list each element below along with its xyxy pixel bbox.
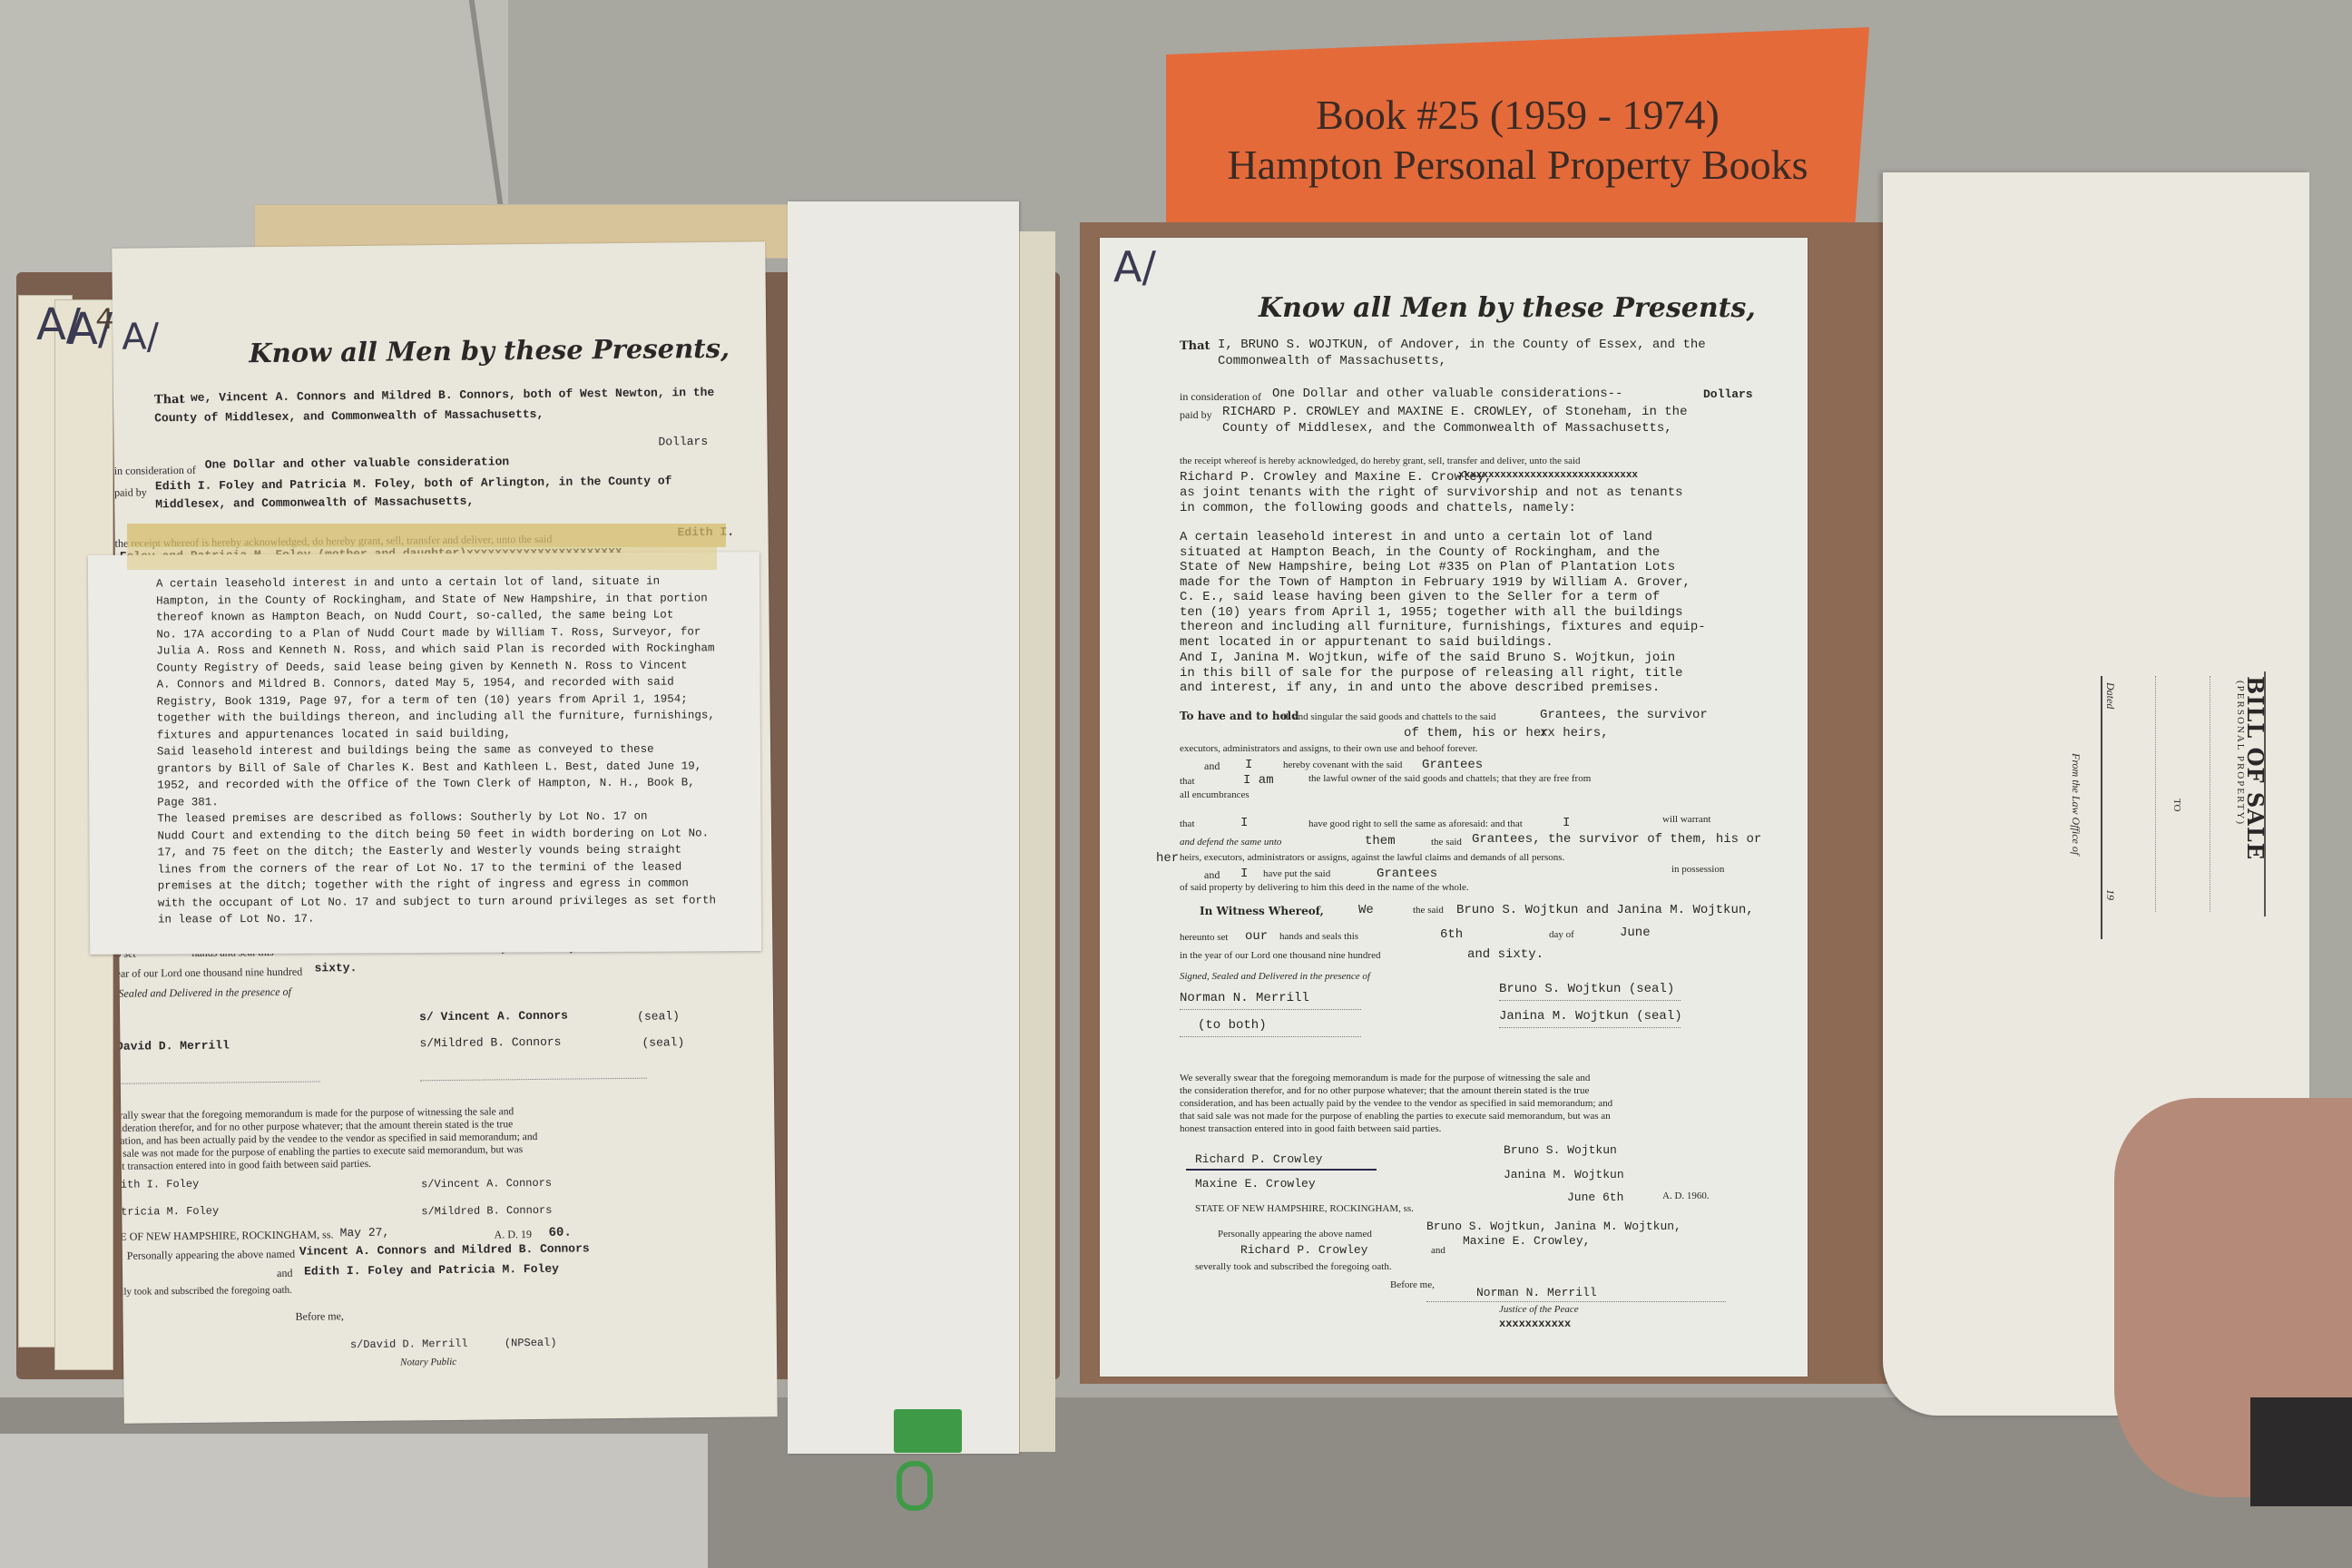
receipt-clause: the receipt whereof is hereby acknowledg…	[1180, 456, 1581, 466]
defend-clause: and defend the same unto	[1180, 837, 1281, 848]
document-title: Know all Men by these Presents,	[249, 333, 730, 369]
grantees-word-2: Grantees	[1377, 867, 1437, 881]
month: June	[1620, 926, 1651, 940]
that-label-3: that	[1180, 818, 1195, 829]
and-label: and	[1204, 759, 1220, 773]
habendum-value: Grantees, the survivor	[1540, 708, 1708, 722]
state-date: June 6th	[1567, 1191, 1623, 1204]
grantors: we, Vincent A. Connors and Mildred B. Co…	[191, 386, 714, 405]
i-label: I	[1245, 758, 1252, 772]
in-possession: in possession	[1671, 864, 1724, 875]
underline	[1186, 1169, 1377, 1171]
state-line: STATE OF NEW HAMPSHIRE, ROCKINGHAM, ss.	[112, 1228, 333, 1244]
oath-signature-right-1: s/Vincent A. Connors	[421, 1177, 552, 1191]
right-document: A/ Know all Men by these Presents, That …	[1100, 238, 1808, 1377]
witness-names: Bruno S. Wojtkun and Janina M. Wojtkun,	[1456, 903, 1754, 917]
took-oath: severally took and subscribed the forego…	[1195, 1261, 1392, 1272]
signature-line	[112, 1081, 320, 1084]
text-line: A certain leasehold interest in and unto…	[156, 575, 660, 591]
year-label: in the year of our Lord one thousand nin…	[1180, 950, 1380, 961]
cover-rule	[2264, 671, 2266, 916]
grantees: Richard P. Crowley and Maxine E. Crowley…	[1180, 470, 1492, 485]
tape-strip	[127, 546, 717, 570]
text-line: ment located in or appurtenant to said b…	[1180, 635, 1553, 650]
text-line: Registry, Book 1319, Page 97, for a term…	[157, 692, 688, 708]
check-mark-icon: A/	[122, 316, 159, 358]
oath-signature-right-2: Janina M. Wojtkun	[1504, 1168, 1624, 1181]
to-both: (to both)	[1198, 1018, 1267, 1033]
oath-signature-right-2: s/Mildred B. Connors	[421, 1204, 552, 1219]
consideration-label: in consideration of	[1180, 390, 1261, 404]
paid-by-cont: Middlesex, and Commonwealth of Massachus…	[155, 495, 474, 512]
struck-text: xxxxxxxxxxxxxxxxxxxxxxxxxxxxxx	[1458, 470, 1638, 481]
text-line: in this bill of sale for the purpose of …	[1180, 666, 1683, 681]
consideration-label: in consideration of	[114, 464, 196, 478]
day-of-label: day of	[1549, 929, 1574, 940]
that-label: That	[154, 393, 185, 407]
text-line: The leased premises are described as fol…	[157, 810, 647, 826]
text-line: the consideration therefor, and for no o…	[1180, 1085, 1589, 1096]
i-label-2: I	[1240, 816, 1248, 830]
np-seal: (NPSeal)	[505, 1337, 557, 1350]
text-line: in lease of Lot No. 17.	[158, 913, 315, 926]
dollars-struck: Dollars	[658, 435, 708, 449]
state-date: May 27,	[340, 1226, 390, 1240]
defend-value: Grantees, the survivor of them, his or	[1472, 832, 1761, 847]
text-line: an honest transaction entered into in go…	[112, 1159, 371, 1172]
signature-grantor-1: s/ Vincent A. Connors	[419, 1009, 568, 1024]
appearing-names-1: Vincent A. Connors and Mildred B. Connor…	[299, 1241, 590, 1258]
notary-signature: s/David D. Merrill	[350, 1338, 468, 1351]
appearing-names-3: Maxine E. Crowley,	[1463, 1234, 1590, 1248]
signature-line	[1499, 1027, 1681, 1028]
signature-2: Janina M. Wojtkun (seal)	[1499, 1009, 1682, 1024]
year-value: and sixty.	[1467, 947, 1543, 962]
grantees-word: Grantees	[1422, 758, 1483, 772]
habendum-value-3: xx heirs,	[1540, 726, 1609, 740]
check-mark-icon: A/	[1113, 242, 1156, 291]
grantor: I, BRUNO S. WOJTKUN, of Andover, in the …	[1218, 338, 1706, 352]
ad-label: A. D. 19	[495, 1228, 532, 1241]
paid-by-cont: County of Middlesex, and the Commonwealt…	[1222, 421, 1672, 436]
i-label-4: I	[1240, 867, 1248, 881]
book-label-subtitle: Hampton Personal Property Books	[1166, 141, 1869, 189]
year-label: in the year of our Lord one thousand nin…	[112, 965, 302, 982]
and-label-3: and	[1431, 1245, 1445, 1256]
seal-1: (seal)	[637, 1009, 680, 1023]
in-common: in common, the following goods and chatt…	[1180, 501, 1576, 515]
them: them	[1365, 834, 1396, 848]
text-line: honest transaction entered into in good …	[1180, 1123, 1441, 1134]
cover-line	[2210, 676, 2210, 912]
signature-line	[1426, 1301, 1726, 1302]
oath-signature-left-2: Maxine E. Crowley	[1195, 1177, 1316, 1191]
paid-by: RICHARD P. CROWLEY and MAXINE E. CROWLEY…	[1222, 405, 1687, 419]
appearing-names-2: Edith I. Foley and Patricia M. Foley	[304, 1262, 559, 1279]
cover-subtitle: (PERSONAL PROPERTY)	[2235, 681, 2246, 826]
text-line: that said sale was not made for the purp…	[112, 1144, 523, 1160]
oath-signature-left-1: Richard P. Crowley	[1195, 1152, 1322, 1166]
cover-dated: Dated	[2103, 682, 2117, 709]
blank-folded-page	[788, 201, 1019, 1454]
appearing-label: Personally appearing the above named	[1218, 1229, 1372, 1240]
i-label-3: I	[1563, 816, 1570, 830]
cover-year-prefix: 19	[2103, 889, 2117, 900]
floor-light-panel	[0, 1434, 708, 1568]
text-line: lines from the corners of the rear of Lo…	[158, 860, 682, 876]
witness-signature: s/David D. Merrill	[112, 1038, 230, 1053]
text-line: Page 381.	[157, 796, 219, 808]
text-line: consideration, and has been actually pai…	[1180, 1098, 1612, 1109]
text-line: grantors by Bill of Sale of Charles K. B…	[157, 759, 701, 775]
appearing-names-2: Richard P. Crowley	[1240, 1243, 1367, 1257]
lawful-owner-clause: the lawful owner of the said goods and c…	[1308, 773, 1591, 784]
that-label-2: that	[1180, 776, 1195, 787]
hands-seals-label: hands and seals this	[1279, 931, 1358, 942]
cover-rule	[2101, 676, 2102, 939]
i-am: I am	[1243, 773, 1274, 788]
page-stack-gutter	[1019, 231, 1055, 1452]
paid-by: Edith I. Foley and Patricia M. Foley, bo…	[155, 474, 672, 493]
struck-title: xxxxxxxxxxx	[1499, 1318, 1571, 1330]
cover-to: TO	[2171, 799, 2182, 811]
witness-signature: Norman N. Merrill	[1180, 991, 1309, 1005]
heirs-clause: heirs, executors, administrators or assi…	[1180, 852, 1564, 863]
that-label: That	[1180, 339, 1210, 353]
text-line: Hampton, in the County of Rockingham, an…	[156, 592, 708, 607]
oath-signature-right-1: Bruno S. Wojtkun	[1504, 1143, 1617, 1157]
text-line: A certain leasehold interest in and unto…	[1180, 530, 1652, 544]
joint-tenancy: as joint tenants with the right of survi…	[1180, 485, 1683, 500]
text-line: C. E., said lease having been given to t…	[1180, 590, 1660, 604]
text-line: No. 17A according to a Plan of Nudd Cour…	[156, 625, 701, 641]
and-label-2: and	[1204, 868, 1220, 882]
paid-by-label: paid by	[1180, 408, 1212, 422]
binder-clip-icon[interactable]	[894, 1409, 962, 1453]
hand-holding-page	[2114, 1098, 2352, 1497]
habendum-value-2: of them, his or her	[1404, 726, 1549, 740]
signature-line	[1180, 1009, 1361, 1010]
signed-label: Signed, Sealed and Delivered in the pres…	[112, 985, 291, 1001]
the-said: the said	[1431, 837, 1462, 848]
text-line: We severally swear that the foregoing me…	[1180, 1073, 1590, 1083]
grantors-cont: County of Middlesex, and Commonwealth of…	[154, 407, 544, 425]
text-line: 1952, and recorded with the Office of th…	[157, 776, 695, 791]
seal-2: (seal)	[642, 1035, 684, 1049]
text-line: County Registry of Deeds, said lease bei…	[156, 659, 687, 674]
will-warrant: will warrant	[1662, 814, 1710, 825]
consideration: One Dollar and other valuable considerat…	[1272, 387, 1622, 401]
text-line: State of New Hampshire, being Lot #335 o…	[1180, 560, 1675, 574]
dollars-struck: Dollars	[1703, 387, 1753, 401]
before-me: Before me,	[1390, 1279, 1435, 1290]
cover-line	[2155, 676, 2156, 912]
document-title: Know all Men by these Presents,	[1259, 292, 1756, 324]
text-line: made for the Town of Hampton in February…	[1180, 575, 1690, 590]
text-line: thereon and including all furniture, fur…	[1180, 620, 1706, 634]
book-label-title: Book #25 (1959 - 1974)	[1166, 91, 1869, 139]
we-label: We	[1358, 903, 1374, 917]
sleeve	[2250, 1397, 2352, 1506]
text-line: Said leasehold interest and buildings be…	[157, 743, 654, 759]
appearing-names-1: Bruno S. Wojtkun, Janina M. Wojtkun,	[1426, 1220, 1681, 1233]
jp-title: Justice of the Peace	[1499, 1304, 1579, 1315]
text-line: and interest, if any, in and unto the ab…	[1180, 681, 1660, 695]
text-line: thereof known as Hampton Beach, on Nudd …	[156, 609, 673, 624]
jp-signature: Norman N. Merrill	[1476, 1286, 1597, 1299]
signature-grantor-2: s/Mildred B. Connors	[419, 1035, 561, 1051]
text-line: with the occupant of Lot No. 17 and subj…	[158, 894, 716, 909]
tape-strip	[127, 524, 726, 547]
text-line: together with the buildings thereon, and…	[157, 709, 715, 724]
ad-year: 60.	[549, 1226, 572, 1240]
hereunto-label: hereunto set	[1180, 932, 1228, 943]
text-line: A. Connors and Mildred B. Connors, dated…	[157, 676, 674, 691]
paid-by-label: paid by	[114, 485, 147, 499]
ad-year: A. D. 1960.	[1662, 1191, 1710, 1201]
delivering-clause: of said property by delivering to him th…	[1180, 882, 1469, 893]
book-label: Book #25 (1959 - 1974) Hampton Personal …	[1166, 27, 1869, 222]
text-line: 17, and 75 feet on the ditch; the Easter…	[158, 844, 682, 859]
cover-law-office: From the Law Office of	[2069, 753, 2082, 855]
our: our	[1245, 929, 1268, 944]
before-me: Before me,	[296, 1309, 344, 1324]
state-line: STATE OF NEW HAMPSHIRE, ROCKINGHAM, ss.	[1195, 1203, 1414, 1214]
text-line: that said sale was not made for the purp…	[1180, 1111, 1611, 1122]
text-line: Julia A. Ross and Kenneth N. Ross, and w…	[156, 642, 714, 657]
oath-signature-left-1: s/Edith I. Foley	[112, 1178, 199, 1191]
grantor-cont: Commonwealth of Massachusetts,	[1218, 354, 1446, 368]
text-line: And I, Janina M. Wojtkun, wife of the sa…	[1180, 651, 1675, 665]
binder-clip-handle[interactable]	[897, 1461, 933, 1511]
text-line: ten (10) years from April 1, 1955; toget…	[1180, 605, 1683, 620]
encumbrances: all encumbrances	[1180, 789, 1249, 800]
habendum: all and singular the said goods and chat…	[1281, 711, 1495, 722]
took-oath: severally took and subscribed the forego…	[112, 1285, 292, 1298]
and-label: and	[277, 1267, 292, 1280]
text-line: Nudd Court and extending to the ditch be…	[157, 827, 709, 842]
signature-line	[420, 1078, 647, 1082]
day-value: 6th	[1440, 927, 1463, 942]
consideration: One Dollar and other valuable considerat…	[205, 455, 510, 472]
covenant-clause: hereby covenant with the said	[1283, 759, 1402, 770]
leasehold-description-inset: A certain leasehold interest in and unto…	[88, 552, 761, 955]
signature-line	[1499, 1000, 1681, 1001]
executors-clause: executors, administrators and assigns, t…	[1180, 743, 1477, 754]
text-line: premises at the ditch; together with the…	[158, 877, 689, 892]
signature-1: Bruno S. Wojtkun (seal)	[1499, 982, 1674, 996]
text-line: situated at Hampton Beach, in the County…	[1180, 545, 1660, 560]
have-put-clause: have put the said	[1263, 868, 1330, 879]
year-value: sixty.	[314, 961, 357, 975]
signed-label: Signed, Sealed and Delivered in the pres…	[1180, 971, 1370, 982]
text-line: fixtures and appurtenances located in sa…	[157, 727, 511, 741]
her-label: her	[1156, 851, 1179, 866]
signature-line	[1180, 1036, 1361, 1037]
oath-signature-left-2: s/Patricia M. Foley	[112, 1205, 219, 1219]
the-said-2: the said	[1413, 905, 1444, 916]
good-right-clause: have good right to sell the same as afor…	[1308, 818, 1523, 829]
witness-whereof-label: In Witness Whereof,	[1200, 905, 1324, 917]
appearing-label: Personally appearing the above named	[127, 1248, 295, 1263]
notary-title: Notary Public	[400, 1357, 456, 1368]
